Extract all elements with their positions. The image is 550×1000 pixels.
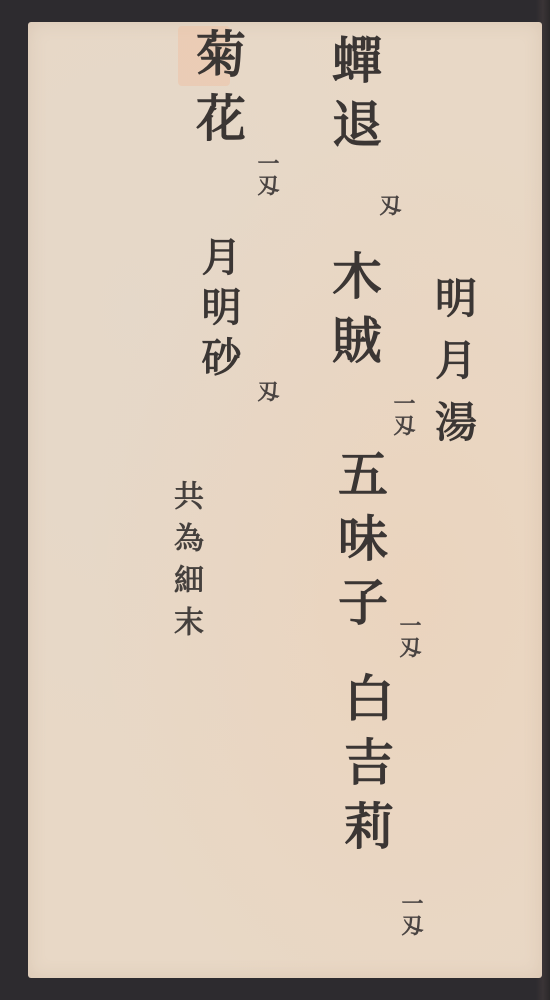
- ingredient-1-quantity: 刄: [378, 194, 400, 216]
- ingredient-2-quantity: 一刄: [392, 392, 414, 436]
- ingredient-4-quantity: 一刄: [400, 892, 422, 936]
- formula-title: 明月湯: [432, 276, 474, 462]
- ingredient-3-name: 五味子: [334, 448, 384, 640]
- ingredient-4-name: 白吉莉: [340, 672, 390, 864]
- manuscript-page: 蟬退 刄 明月湯 木賊 一刄 五味子 一刄 白吉莉 一刄 菊花 一刄 月明砂 刄…: [28, 22, 542, 978]
- ingredient-2-name: 木賊: [328, 250, 378, 378]
- ingredient-5-quantity: 一刄: [256, 152, 278, 196]
- ingredient-5-name: 菊花: [192, 28, 242, 156]
- ingredient-6-quantity: 刄: [256, 380, 278, 402]
- preparation-instruction: 共為細末: [170, 480, 200, 648]
- ingredient-3-quantity: 一刄: [398, 614, 420, 658]
- ingredient-1-name: 蟬退: [328, 34, 378, 162]
- ingredient-6-name: 月明砂: [198, 236, 238, 386]
